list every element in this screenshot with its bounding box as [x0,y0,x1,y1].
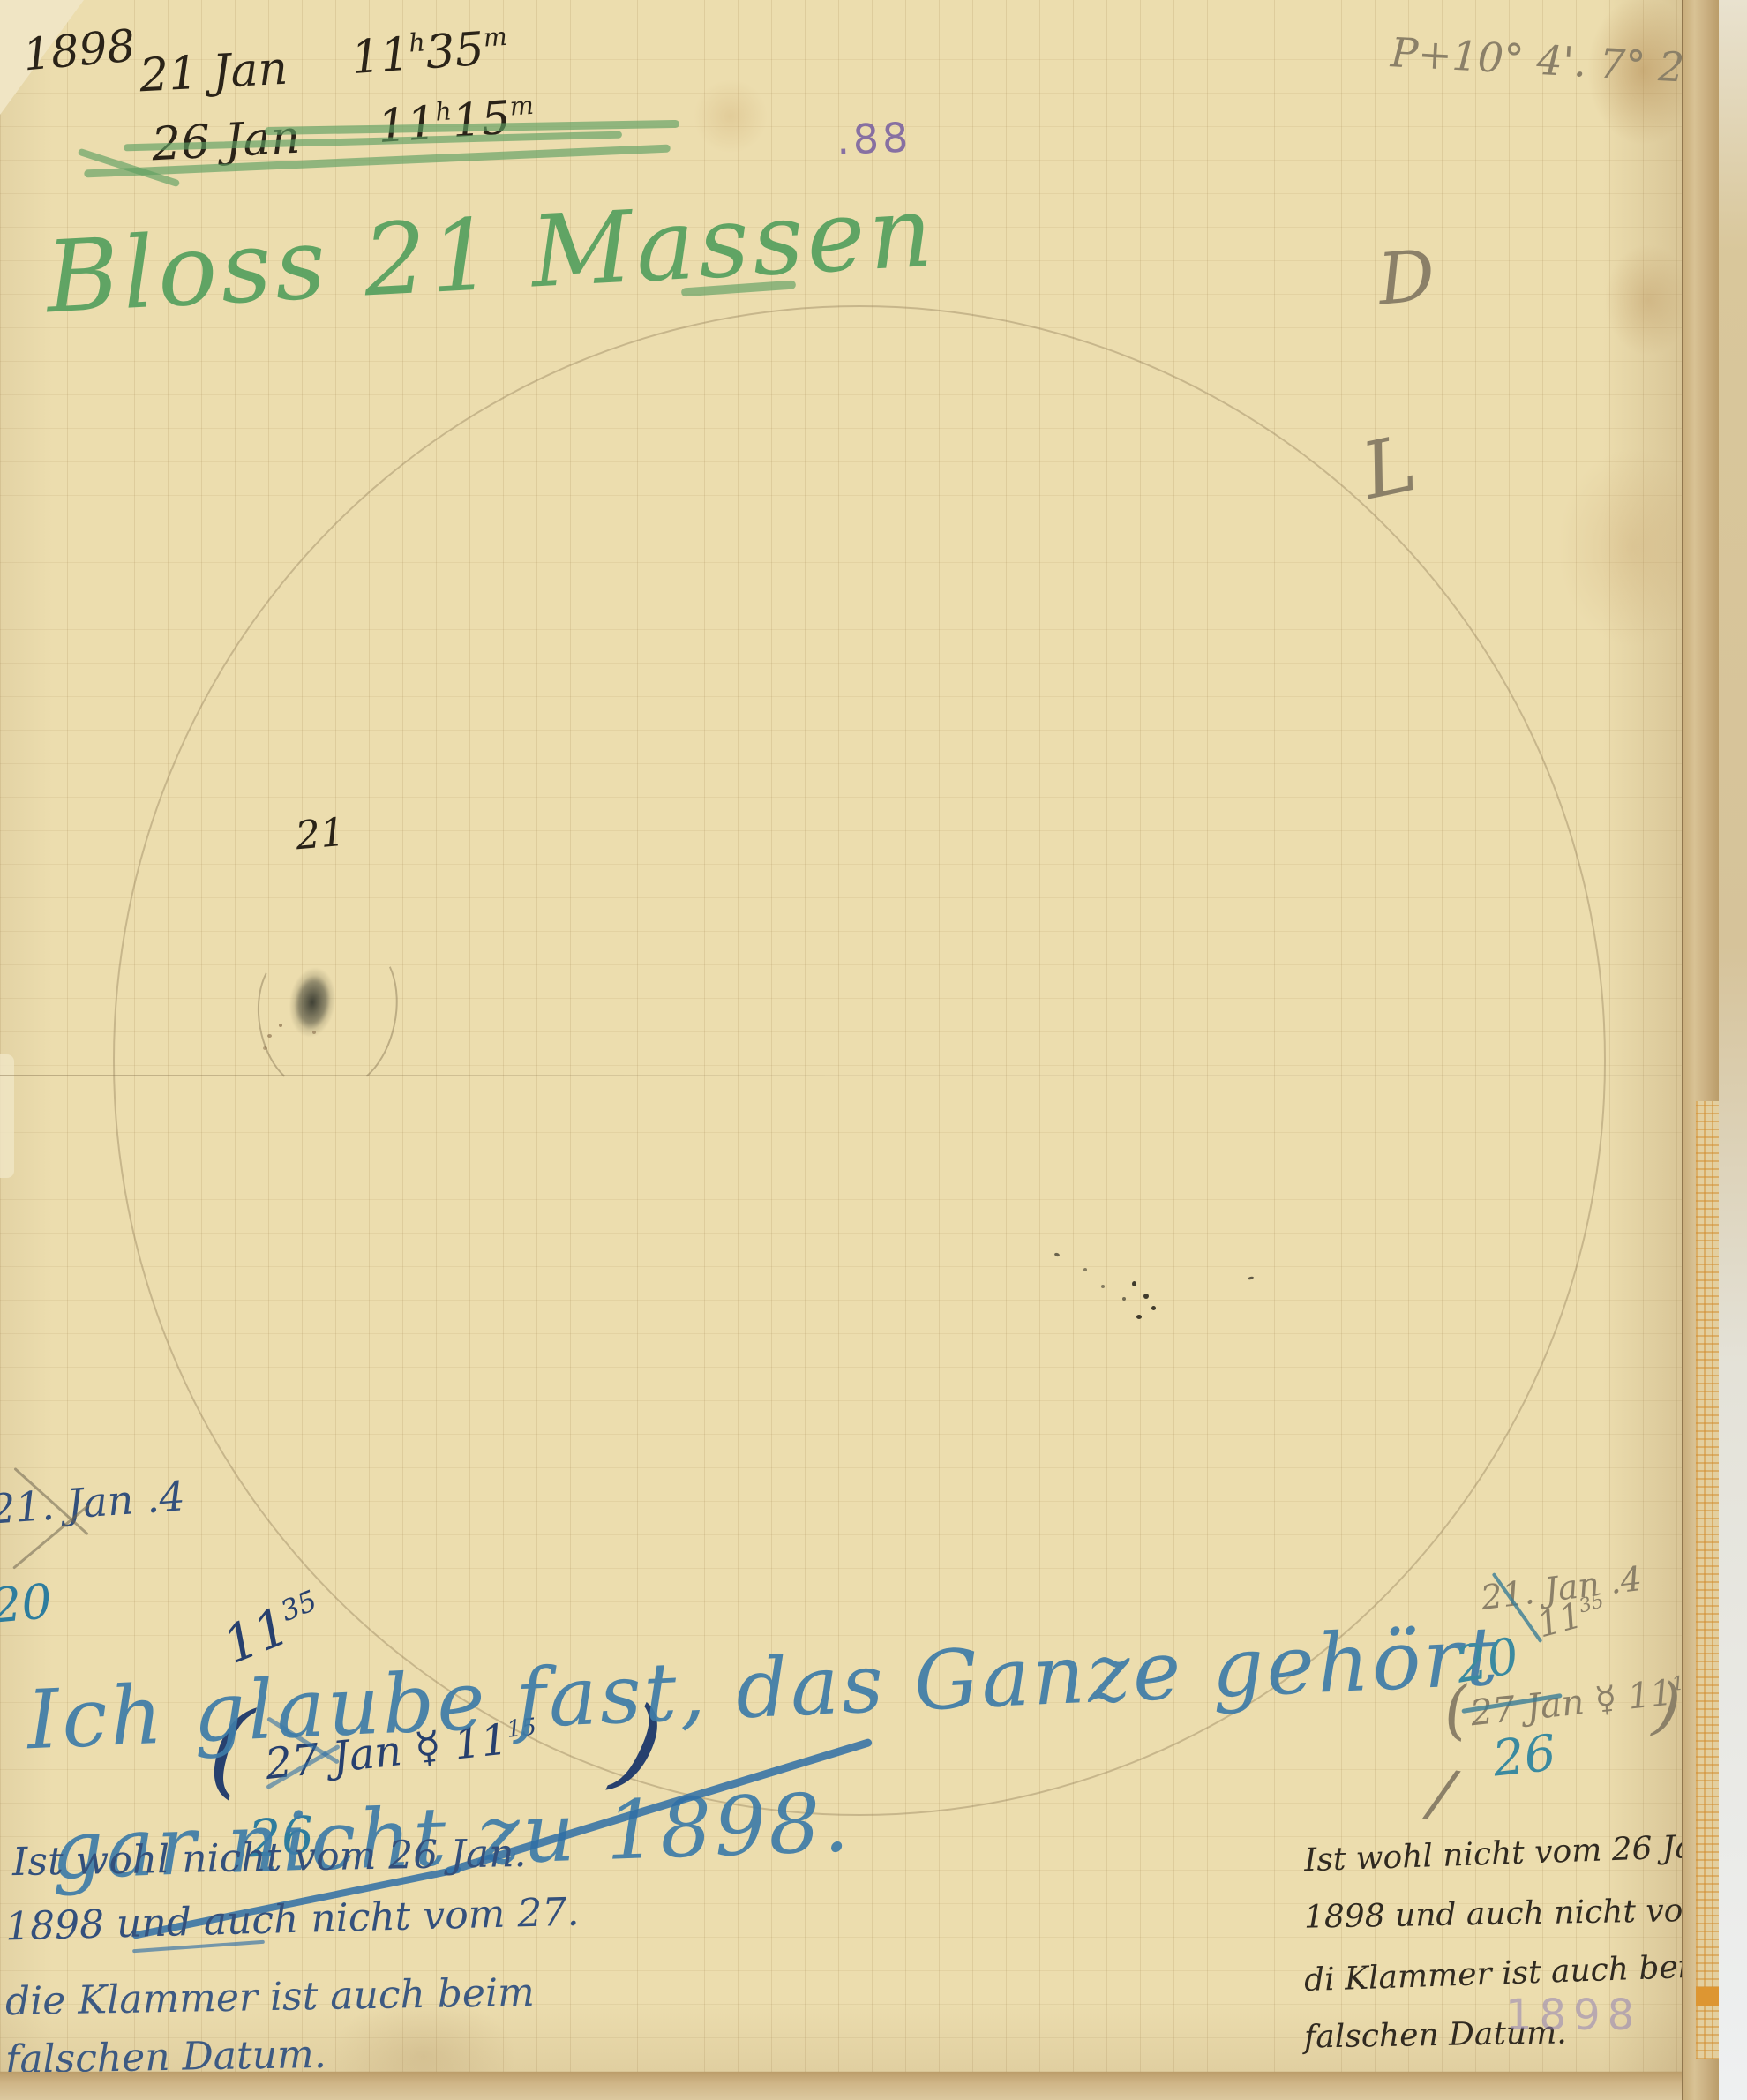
disk-speck [1136,1315,1142,1319]
obs2-hour-unit: h [434,95,453,126]
observation-1-time: 11h35m [349,21,510,85]
left-ink-note-line1: Ist wohl nicht vom 26 Jan. [12,1831,527,1885]
obs1-min: 35 [424,23,486,79]
left-ink-note-line3: die Klammer ist auch beim [5,1970,536,2024]
horizontal-crease-faint [825,1075,1681,1076]
sunspot-speckle [263,1046,267,1050]
scanned-sunspot-log-page: 1898 21 Jan 11h35m 26 Jan 11h15m Bloss 2… [0,0,1747,2100]
page-bottom-edge [0,2072,1682,2100]
right-calc-day26: 26 [1490,1724,1559,1788]
disk-speck [1151,1306,1156,1310]
scan-background-right [1719,0,1747,2100]
horizontal-crease [0,1075,825,1076]
disk-speck [1083,1268,1087,1271]
right-calc-day27: 27 [1468,1689,1517,1734]
right-calc-min: 35 [1577,1590,1607,1617]
observation-1-date: 21 Jan [139,42,289,103]
disk-speck [1143,1294,1149,1299]
disk-speck [1132,1281,1136,1286]
binding-checker-tape [1696,1101,1719,2059]
year-label: 1898 [21,20,138,81]
obs1-hour: 11 [349,28,411,85]
obs1-hour-unit: h [408,26,426,57]
left-edge-tear [0,1054,14,1178]
obs2-min-unit: m [509,90,535,122]
year-stamp: 1898 [1505,1991,1641,2040]
right-ink-note-line2: 1898 und auch nicht vom 27. [1304,1891,1747,1935]
sunspot-speckle [312,1031,316,1034]
disk-speck [1122,1297,1126,1301]
sunspot-speckle [279,1024,282,1027]
left-calc-day20: 20 [0,1573,54,1634]
obs1-min-unit: m [483,21,508,53]
observation-2-time: 11h15m [376,90,536,154]
disk-speck [1101,1285,1105,1288]
page-number-stamp: .88 [836,114,912,164]
binding-orange-block [1696,1987,1719,2006]
sunspot-speckle [267,1034,272,1038]
sunspot-group-number: 21 [294,810,347,859]
pencil-letter-d: D [1375,234,1438,320]
